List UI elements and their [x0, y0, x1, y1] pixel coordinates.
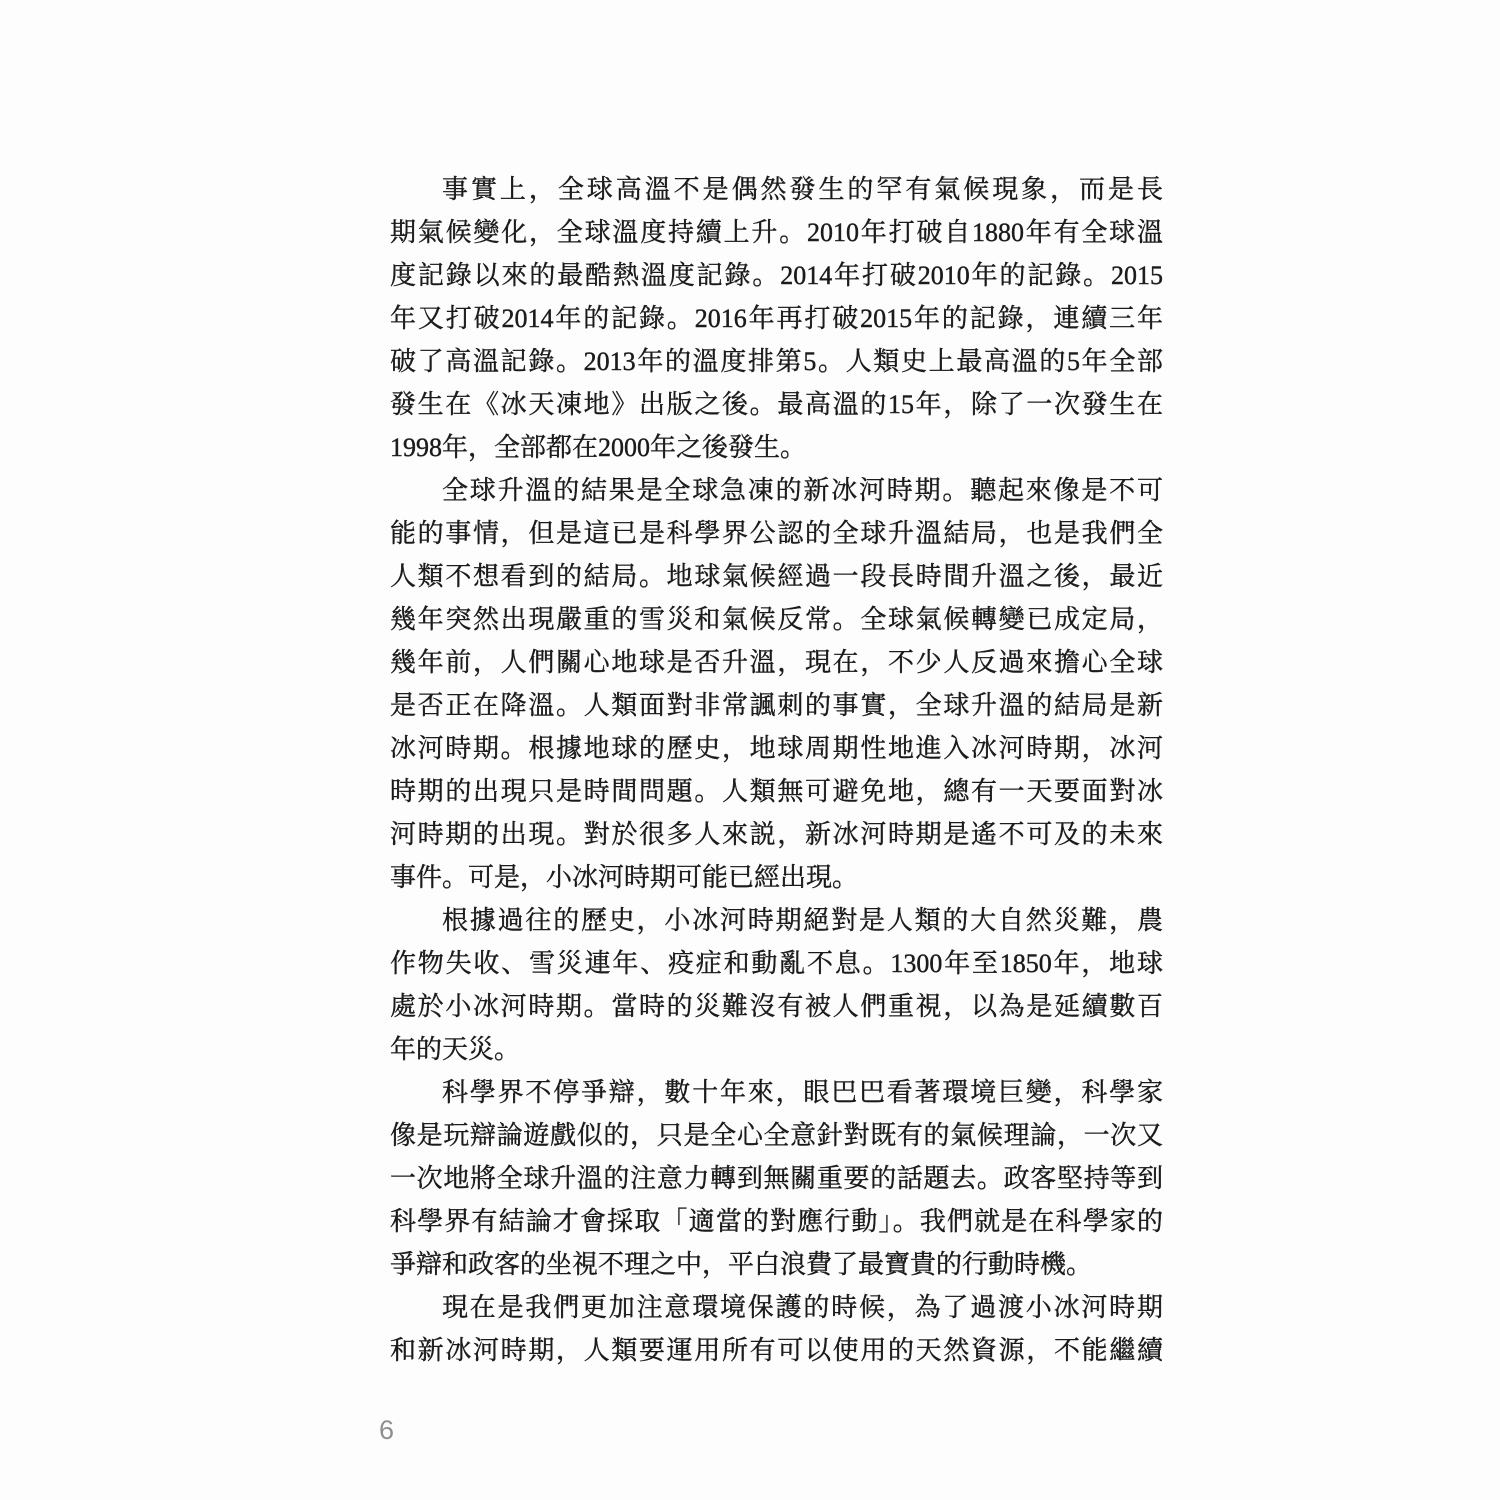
body-text: 事實上，全球高溫不是偶然發生的罕有氣候現象，而是長 期氣候變化，全球溫度持續上升… [390, 168, 1163, 1372]
text-line: 作物失收、雪災連年、疫症和動亂不息。1300年至1850年，地球 [390, 942, 1163, 985]
text-line: 事件。可是，小冰河時期可能已經出現。 [390, 856, 1163, 899]
text-line: 爭辯和政客的坐視不理之中，平白浪費了最寶貴的行動時機。 [390, 1243, 1163, 1286]
text-line: 河時期的出現。對於很多人來説，新冰河時期是遙不可及的未來 [390, 813, 1163, 856]
text-line: 年的天災。 [390, 1028, 1163, 1071]
text-line: 事實上，全球高溫不是偶然發生的罕有氣候現象，而是長 [390, 168, 1163, 211]
text-line: 根據過往的歷史，小冰河時期絕對是人類的大自然災難，農 [390, 899, 1163, 942]
text-line: 時期的出現只是時間問題。人類無可避免地，總有一天要面對冰 [390, 770, 1163, 813]
text-line: 期氣候變化，全球溫度持續上升。2010年打破自1880年有全球溫 [390, 211, 1163, 254]
paragraph: 全球升溫的結果是全球急凍的新冰河時期。聽起來像是不可 能的事情，但是這已是科學界… [390, 469, 1163, 899]
text-line: 現在是我們更加注意環境保護的時候，為了過渡小冰河時期 [390, 1286, 1163, 1329]
text-line: 像是玩辯論遊戲似的，只是全心全意針對既有的氣候理論，一次又 [390, 1114, 1163, 1157]
text-line: 年又打破2014年的記錄。2016年再打破2015年的記錄，連續三年 [390, 297, 1163, 340]
text-line: 科學界不停爭辯，數十年來，眼巴巴看著環境巨變，科學家 [390, 1071, 1163, 1114]
paragraph: 現在是我們更加注意環境保護的時候，為了過渡小冰河時期 和新冰河時期，人類要運用所… [390, 1286, 1163, 1372]
text-line: 一次地將全球升溫的注意力轉到無關重要的話題去。政客堅持等到 [390, 1157, 1163, 1200]
paragraph: 科學界不停爭辯，數十年來，眼巴巴看著環境巨變，科學家 像是玩辯論遊戲似的，只是全… [390, 1071, 1163, 1286]
paragraph: 事實上，全球高溫不是偶然發生的罕有氣候現象，而是長 期氣候變化，全球溫度持續上升… [390, 168, 1163, 469]
text-line: 人類不想看到的結局。地球氣候經過一段長時間升溫之後，最近 [390, 555, 1163, 598]
text-line: 處於小冰河時期。當時的災難沒有被人們重視，以為是延續數百 [390, 985, 1163, 1028]
text-line: 和新冰河時期，人類要運用所有可以使用的天然資源，不能繼續 [390, 1329, 1163, 1372]
text-line: 能的事情，但是這已是科學界公認的全球升溫結局，也是我們全 [390, 512, 1163, 555]
text-line: 全球升溫的結果是全球急凍的新冰河時期。聽起來像是不可 [390, 469, 1163, 512]
text-line: 度記錄以來的最酷熱溫度記錄。2014年打破2010年的記錄。2015 [390, 254, 1163, 297]
paragraph: 根據過往的歷史，小冰河時期絕對是人類的大自然災難，農 作物失收、雪災連年、疫症和… [390, 899, 1163, 1071]
text-line: 是否正在降溫。人類面對非常諷刺的事實，全球升溫的結局是新 [390, 684, 1163, 727]
text-line: 幾年前，人們關心地球是否升溫，現在，不少人反過來擔心全球 [390, 641, 1163, 684]
text-line: 科學界有結論才會採取「適當的對應行動」。我們就是在科學家的 [390, 1200, 1163, 1243]
page-number: 6 [379, 1413, 394, 1447]
text-line: 1998年，全部都在2000年之後發生。 [390, 426, 1163, 469]
scanned-book-page: 事實上，全球高溫不是偶然發生的罕有氣候現象，而是長 期氣候變化，全球溫度持續上升… [0, 0, 1500, 1500]
text-line: 冰河時期。根據地球的歷史，地球周期性地進入冰河時期，冰河 [390, 727, 1163, 770]
text-line: 幾年突然出現嚴重的雪災和氣候反常。全球氣候轉變已成定局， [390, 598, 1163, 641]
text-line: 破了高溫記錄。2013年的溫度排第5。人類史上最高溫的5年全部 [390, 340, 1163, 383]
text-line: 發生在《冰天凍地》出版之後。最高溫的15年，除了一次發生在 [390, 383, 1163, 426]
